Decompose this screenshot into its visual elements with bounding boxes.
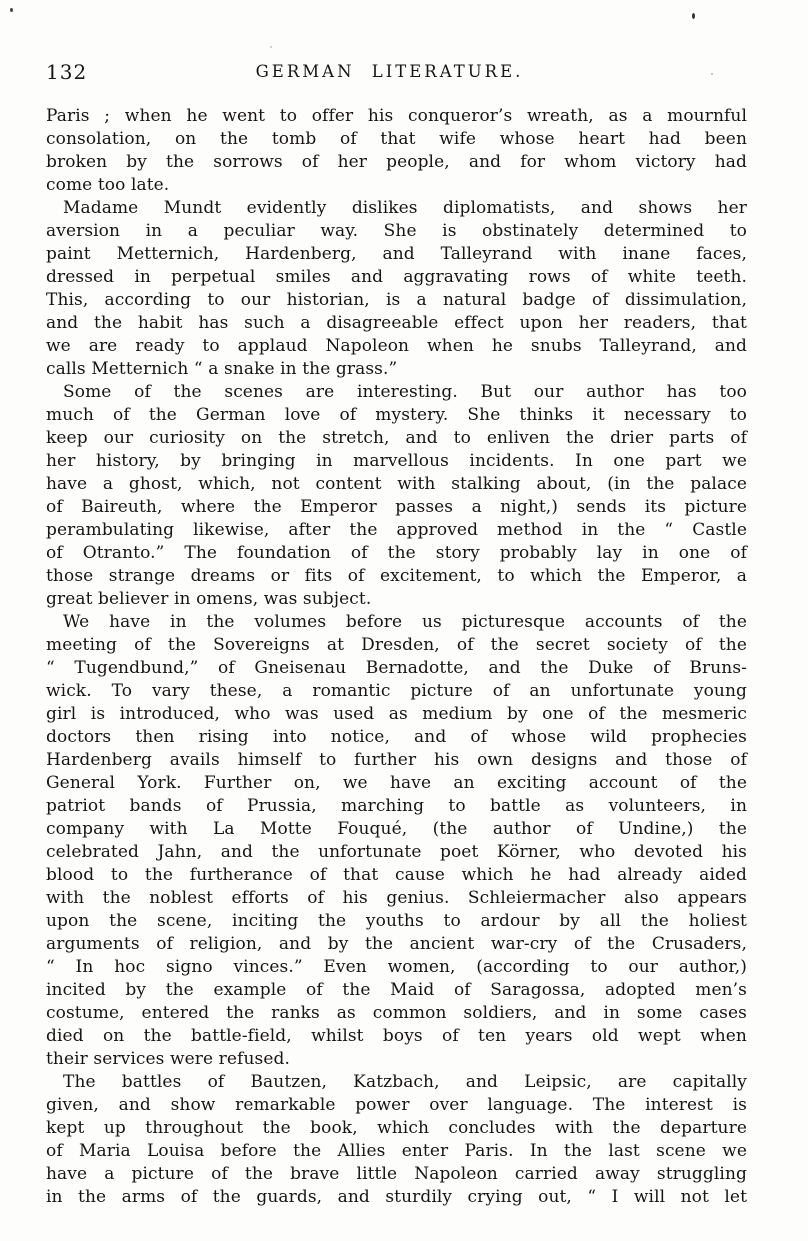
text-line: her history, by bringing in marvellous i…: [46, 450, 747, 473]
text-line: calls Metternich “ a snake in the grass.…: [46, 358, 747, 381]
paragraph: Some of the scenes are interesting. But …: [46, 381, 747, 611]
paragraph: Paris ; when he went to offer his conque…: [46, 105, 747, 197]
text-line: blood to the furtherance of that cause w…: [46, 864, 747, 887]
paragraph: We have in the volumes before us picture…: [46, 611, 747, 1071]
text-line: upon the scene, inciting the youths to a…: [46, 910, 747, 933]
text-line: We have in the volumes before us picture…: [46, 611, 747, 634]
text-line: girl is introduced, who was used as medi…: [46, 703, 747, 726]
text-line: Madame Mundt evidently dislikes diplomat…: [46, 197, 747, 220]
running-head: 132 GERMAN LITERATURE.: [46, 60, 747, 88]
text-line: with the noblest efforts of his genius. …: [46, 887, 747, 910]
text-line: “ Tugendbund,” of Gneisenau Bernadotte, …: [46, 657, 747, 680]
text-line: “ In hoc signo vinces.” Even women, (acc…: [46, 956, 747, 979]
text-line: General York. Further on, we have an exc…: [46, 772, 747, 795]
text-line: in the arms of the guards, and sturdily …: [46, 1186, 747, 1209]
text-line: those strange dreams or fits of exciteme…: [46, 565, 747, 588]
scan-speck: [10, 8, 13, 12]
text-line: wick. To vary these, a romantic picture …: [46, 680, 747, 703]
text-line: company with La Motte Fouqué, (the autho…: [46, 818, 747, 841]
text-line: their services were refused.: [46, 1048, 747, 1071]
scan-speck: [692, 13, 695, 19]
text-line: died on the battle-field, whilst boys of…: [46, 1025, 747, 1048]
text-line: kept up throughout the book, which concl…: [46, 1117, 747, 1140]
text-line: keep our curiosity on the stretch, and t…: [46, 427, 747, 450]
text-line: arguments of religion, and by the ancien…: [46, 933, 747, 956]
paragraph: Madame Mundt evidently dislikes diplomat…: [46, 197, 747, 381]
text-line: given, and show remarkable power over la…: [46, 1094, 747, 1117]
text-line: Paris ; when he went to offer his conque…: [46, 105, 747, 128]
text-line: perambulating likewise, after the approv…: [46, 519, 747, 542]
text-line: This, according to our historian, is a n…: [46, 289, 747, 312]
text-line: paint Metternich, Hardenberg, and Talley…: [46, 243, 747, 266]
text-line: of Baireuth, where the Emperor passes a …: [46, 496, 747, 519]
text-line: of Otranto.” The foundation of the story…: [46, 542, 747, 565]
text-line: costume, entered the ranks as common sol…: [46, 1002, 747, 1025]
running-title: GERMAN LITERATURE.: [46, 62, 733, 81]
scan-speck: [270, 46, 272, 48]
text-line: The battles of Bautzen, Katzbach, and Le…: [46, 1071, 747, 1094]
text-line: dressed in perpetual smiles and aggravat…: [46, 266, 747, 289]
text-line: come too late.: [46, 174, 747, 197]
text-line: Some of the scenes are interesting. But …: [46, 381, 747, 404]
text-line: consolation, on the tomb of that wife wh…: [46, 128, 747, 151]
scanned-book-page: 132 GERMAN LITERATURE. Paris ; when he w…: [0, 0, 808, 1241]
text-line: incited by the example of the Maid of Sa…: [46, 979, 747, 1002]
text-line: of Maria Louisa before the Allies enter …: [46, 1140, 747, 1163]
text-line: celebrated Jahn, and the unfortunate poe…: [46, 841, 747, 864]
text-line: have a picture of the brave little Napol…: [46, 1163, 747, 1186]
paragraph: The battles of Bautzen, Katzbach, and Le…: [46, 1071, 747, 1209]
text-block: Paris ; when he went to offer his conque…: [46, 105, 747, 1209]
text-line: great believer in omens, was subject.: [46, 588, 747, 611]
text-line: much of the German love of mystery. She …: [46, 404, 747, 427]
text-line: we are ready to applaud Napoleon when he…: [46, 335, 747, 358]
text-line: doctors then rising into notice, and of …: [46, 726, 747, 749]
text-line: broken by the sorrows of her people, and…: [46, 151, 747, 174]
text-line: meeting of the Sovereigns at Dresden, of…: [46, 634, 747, 657]
text-line: aversion in a peculiar way. She is obsti…: [46, 220, 747, 243]
text-line: Hardenberg avails himself to further his…: [46, 749, 747, 772]
text-line: and the habit has such a disagreeable ef…: [46, 312, 747, 335]
text-line: have a ghost, which, not content with st…: [46, 473, 747, 496]
text-line: patriot bands of Prussia, marching to ba…: [46, 795, 747, 818]
